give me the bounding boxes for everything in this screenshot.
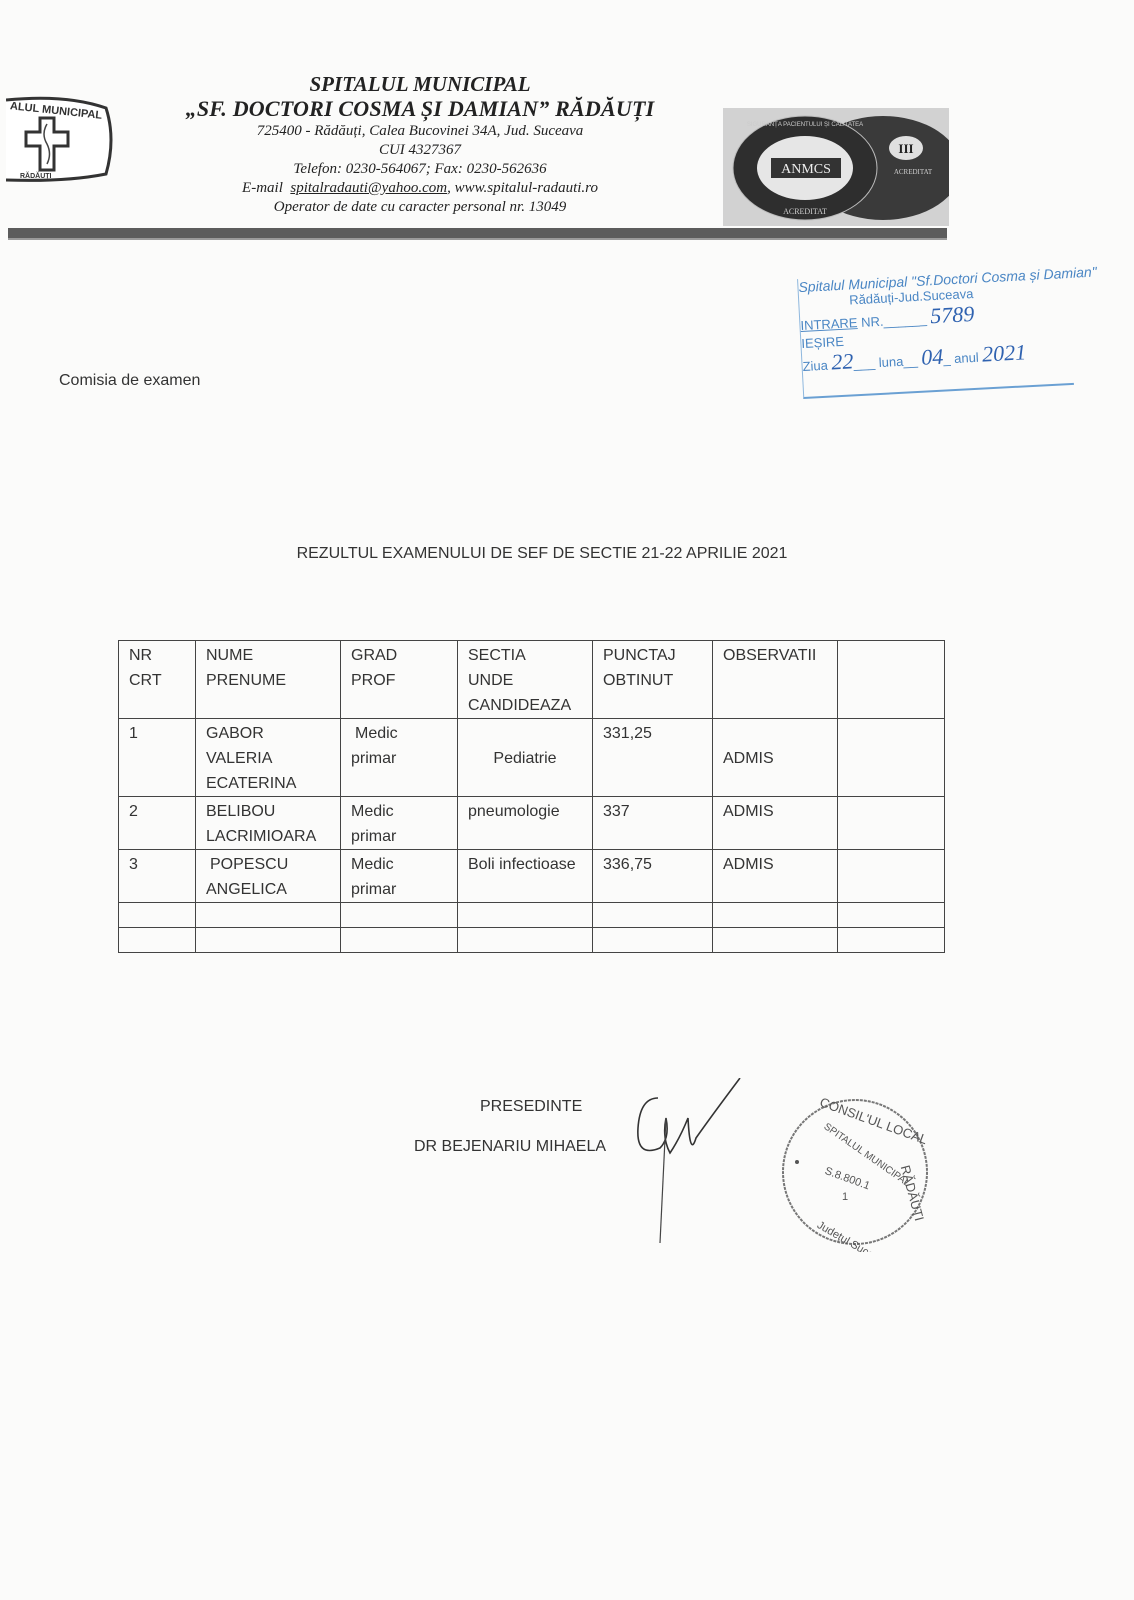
column-header-text: GRAD xyxy=(351,643,447,668)
column-header: PUNCTAJOBTINUT xyxy=(593,641,713,719)
cell-text: LACRIMIOARA xyxy=(206,824,330,849)
cell-nume: POPESCUANGELICA xyxy=(196,850,341,903)
column-header-text: OBSERVATII xyxy=(723,643,827,668)
column-header-text: NR xyxy=(129,643,185,668)
column-header-text: PROF xyxy=(351,668,447,693)
cell-text: Medic xyxy=(351,721,447,746)
stamp-luna-value: 04 xyxy=(921,344,944,370)
cell-nr: 3 xyxy=(119,850,196,903)
column-header-text: UNDE xyxy=(468,668,582,693)
cell-text: pneumologie xyxy=(468,799,582,824)
handwritten-signature-icon xyxy=(630,1078,780,1248)
cell-nr: 2 xyxy=(119,797,196,850)
column-header: GRADPROF xyxy=(341,641,458,719)
cell-text: ADMIS xyxy=(723,721,827,771)
signature-role: PRESEDINTE xyxy=(480,1098,582,1116)
cell-punctaj: 337 xyxy=(593,797,713,850)
svg-text:ACREDITAT: ACREDITAT xyxy=(894,168,933,176)
svg-text:RĂDĂUȚI: RĂDĂUȚI xyxy=(20,171,52,180)
cell-text: Medic xyxy=(351,852,447,877)
cell-text: ADMIS xyxy=(723,852,827,877)
cell-text: POPESCU xyxy=(206,852,330,877)
cell-text: Medic xyxy=(351,799,447,824)
stamp-intrare: INTRARE xyxy=(800,315,858,333)
svg-text:S.8.800.1: S.8.800.1 xyxy=(823,1165,871,1192)
cell-text: primar xyxy=(351,746,447,771)
cell-empty xyxy=(196,928,341,953)
cell-text: 3 xyxy=(129,852,185,877)
hospital-full-name: „SF. DOCTORI COSMA ȘI DAMIAN” RĂDĂUȚI xyxy=(150,96,690,122)
column-header: SECTIAUNDECANDIDEAZA xyxy=(458,641,593,719)
cell-empty xyxy=(119,928,196,953)
cell-text: primar xyxy=(351,824,447,849)
cell-empty xyxy=(458,903,593,928)
column-header: NRCRT xyxy=(119,641,196,719)
cell-empty xyxy=(119,903,196,928)
column-header-text: PRENUME xyxy=(206,668,330,693)
cell-text: 331,25 xyxy=(603,721,702,746)
cell-text: 1 xyxy=(129,721,185,746)
cell-text: BELIBOU xyxy=(206,799,330,824)
column-header xyxy=(838,641,945,719)
cell-text: 337 xyxy=(603,799,702,824)
website-link[interactable]: , www.spitalul-radauti.ro xyxy=(447,180,598,196)
column-header: NUMEPRENUME xyxy=(196,641,341,719)
hospital-contact: E-mail spitalradauti@yahoo.com, www.spit… xyxy=(150,179,690,198)
cell-grad: Medicprimar xyxy=(341,797,458,850)
cell-empty xyxy=(713,903,838,928)
cell-empty xyxy=(196,903,341,928)
cell-sectia: pneumologie xyxy=(458,797,593,850)
commission-label: Comisia de examen xyxy=(59,372,200,390)
data-operator: Operator de date cu caracter personal nr… xyxy=(150,198,690,217)
cell-empty xyxy=(593,903,713,928)
cell-text: VALERIA xyxy=(206,746,330,771)
cell-sectia: Pediatrie xyxy=(458,719,593,797)
stamp-ziua-value: 22 xyxy=(831,348,854,374)
cell-empty xyxy=(838,719,945,797)
svg-text:ACREDITAT: ACREDITAT xyxy=(783,207,827,216)
cell-empty xyxy=(838,797,945,850)
cell-empty xyxy=(838,850,945,903)
table-header-row: NRCRTNUMEPRENUMEGRADPROFSECTIAUNDECANDID… xyxy=(119,641,945,719)
stamp-nr-label: NR. xyxy=(861,314,884,330)
cell-nr: 1 xyxy=(119,719,196,797)
cell-text: 2 xyxy=(129,799,185,824)
column-header-text: OBTINUT xyxy=(603,668,702,693)
results-table: NRCRTNUMEPRENUMEGRADPROFSECTIAUNDECANDID… xyxy=(118,640,945,953)
column-header: OBSERVATII xyxy=(713,641,838,719)
cell-empty xyxy=(593,928,713,953)
email-label: E-mail xyxy=(242,180,283,196)
svg-text:1: 1 xyxy=(842,1191,848,1203)
stamp-ziua-label: Ziua xyxy=(802,358,828,374)
table-row: 1GABORVALERIAECATERINAMedicprimarPediatr… xyxy=(119,719,945,797)
cell-text: Boli infectioase xyxy=(468,852,582,877)
hospital-cui: CUI 4327367 xyxy=(150,141,690,160)
cell-empty xyxy=(458,928,593,953)
header-divider-thin xyxy=(8,238,947,240)
cell-sectia: Boli infectioase xyxy=(458,850,593,903)
svg-text:SIGURANȚA PACIENTULUI ȘI CALIT: SIGURANȚA PACIENTULUI ȘI CALITATEA xyxy=(747,122,863,128)
cell-text: GABOR xyxy=(206,721,330,746)
cell-empty xyxy=(341,928,458,953)
letterhead: SPITALUL MUNICIPAL „SF. DOCTORI COSMA ȘI… xyxy=(150,72,690,217)
cell-text: ADMIS xyxy=(723,799,827,824)
header-divider xyxy=(8,228,947,238)
stamp-anul-label: anul xyxy=(954,350,979,366)
cell-observatii: ADMIS xyxy=(713,797,838,850)
cell-text: Pediatrie xyxy=(468,721,582,771)
registration-stamp: Spitalul Municipal "Sf.Doctori Cosma și … xyxy=(797,265,1074,399)
cell-text: ECATERINA xyxy=(206,771,330,796)
official-seal-icon: CONSIL'UL LOCAL RĂDĂUȚI SPITALUL MUNICIP… xyxy=(775,1092,935,1252)
signature-name: DR BEJENARIU MIHAELA xyxy=(414,1138,606,1156)
svg-text:Județul Sucea: Județul Sucea xyxy=(815,1219,882,1252)
column-header-text: NUME xyxy=(206,643,330,668)
cell-grad: Medicprimar xyxy=(341,850,458,903)
table-row-empty xyxy=(119,928,945,953)
cell-nume: BELIBOULACRIMIOARA xyxy=(196,797,341,850)
hospital-logo-icon: ALUL MUNICIPAL RĂDĂUȚI xyxy=(6,94,116,184)
anmcs-accreditation-icon: ANMCS III ACREDITAT ACREDITAT SIGURANȚA … xyxy=(723,108,949,226)
cell-empty xyxy=(838,928,945,953)
cell-nume: GABORVALERIAECATERINA xyxy=(196,719,341,797)
cell-empty xyxy=(341,903,458,928)
column-header-text: SECTIA xyxy=(468,643,582,668)
stamp-anul-value: 2021 xyxy=(982,339,1027,366)
column-header-text: PUNCTAJ xyxy=(603,643,702,668)
svg-text:III: III xyxy=(898,141,913,156)
cell-text: ANGELICA xyxy=(206,877,330,902)
cell-punctaj: 336,75 xyxy=(593,850,713,903)
table-row-empty xyxy=(119,903,945,928)
column-header-text: CANDIDEAZA xyxy=(468,693,582,718)
cell-empty xyxy=(713,928,838,953)
cell-observatii: ADMIS xyxy=(713,719,838,797)
hospital-address: 725400 - Rădăuți, Calea Bucovinei 34A, J… xyxy=(150,122,690,141)
document-title: REZULTUL EXAMENULUI DE SEF DE SECTIE 21-… xyxy=(0,545,1084,563)
table-row: 3POPESCUANGELICAMedicprimarBoli infectio… xyxy=(119,850,945,903)
svg-text:ANMCS: ANMCS xyxy=(781,162,831,177)
email-link[interactable]: spitalradauti@yahoo.com xyxy=(290,180,447,196)
hospital-name: SPITALUL MUNICIPAL xyxy=(150,72,690,96)
cell-observatii: ADMIS xyxy=(713,850,838,903)
cell-text: 336,75 xyxy=(603,852,702,877)
hospital-phone: Telefon: 0230-564067; Fax: 0230-562636 xyxy=(150,160,690,179)
stamp-nr-value: 5789 xyxy=(930,301,975,328)
cell-grad: Medicprimar xyxy=(341,719,458,797)
stamp-luna-label: luna xyxy=(878,354,903,370)
cell-empty xyxy=(838,903,945,928)
cell-punctaj: 331,25 xyxy=(593,719,713,797)
table-row: 2BELIBOULACRIMIOARAMedicprimarpneumologi… xyxy=(119,797,945,850)
column-header-text: CRT xyxy=(129,668,185,693)
cell-text: primar xyxy=(351,877,447,902)
